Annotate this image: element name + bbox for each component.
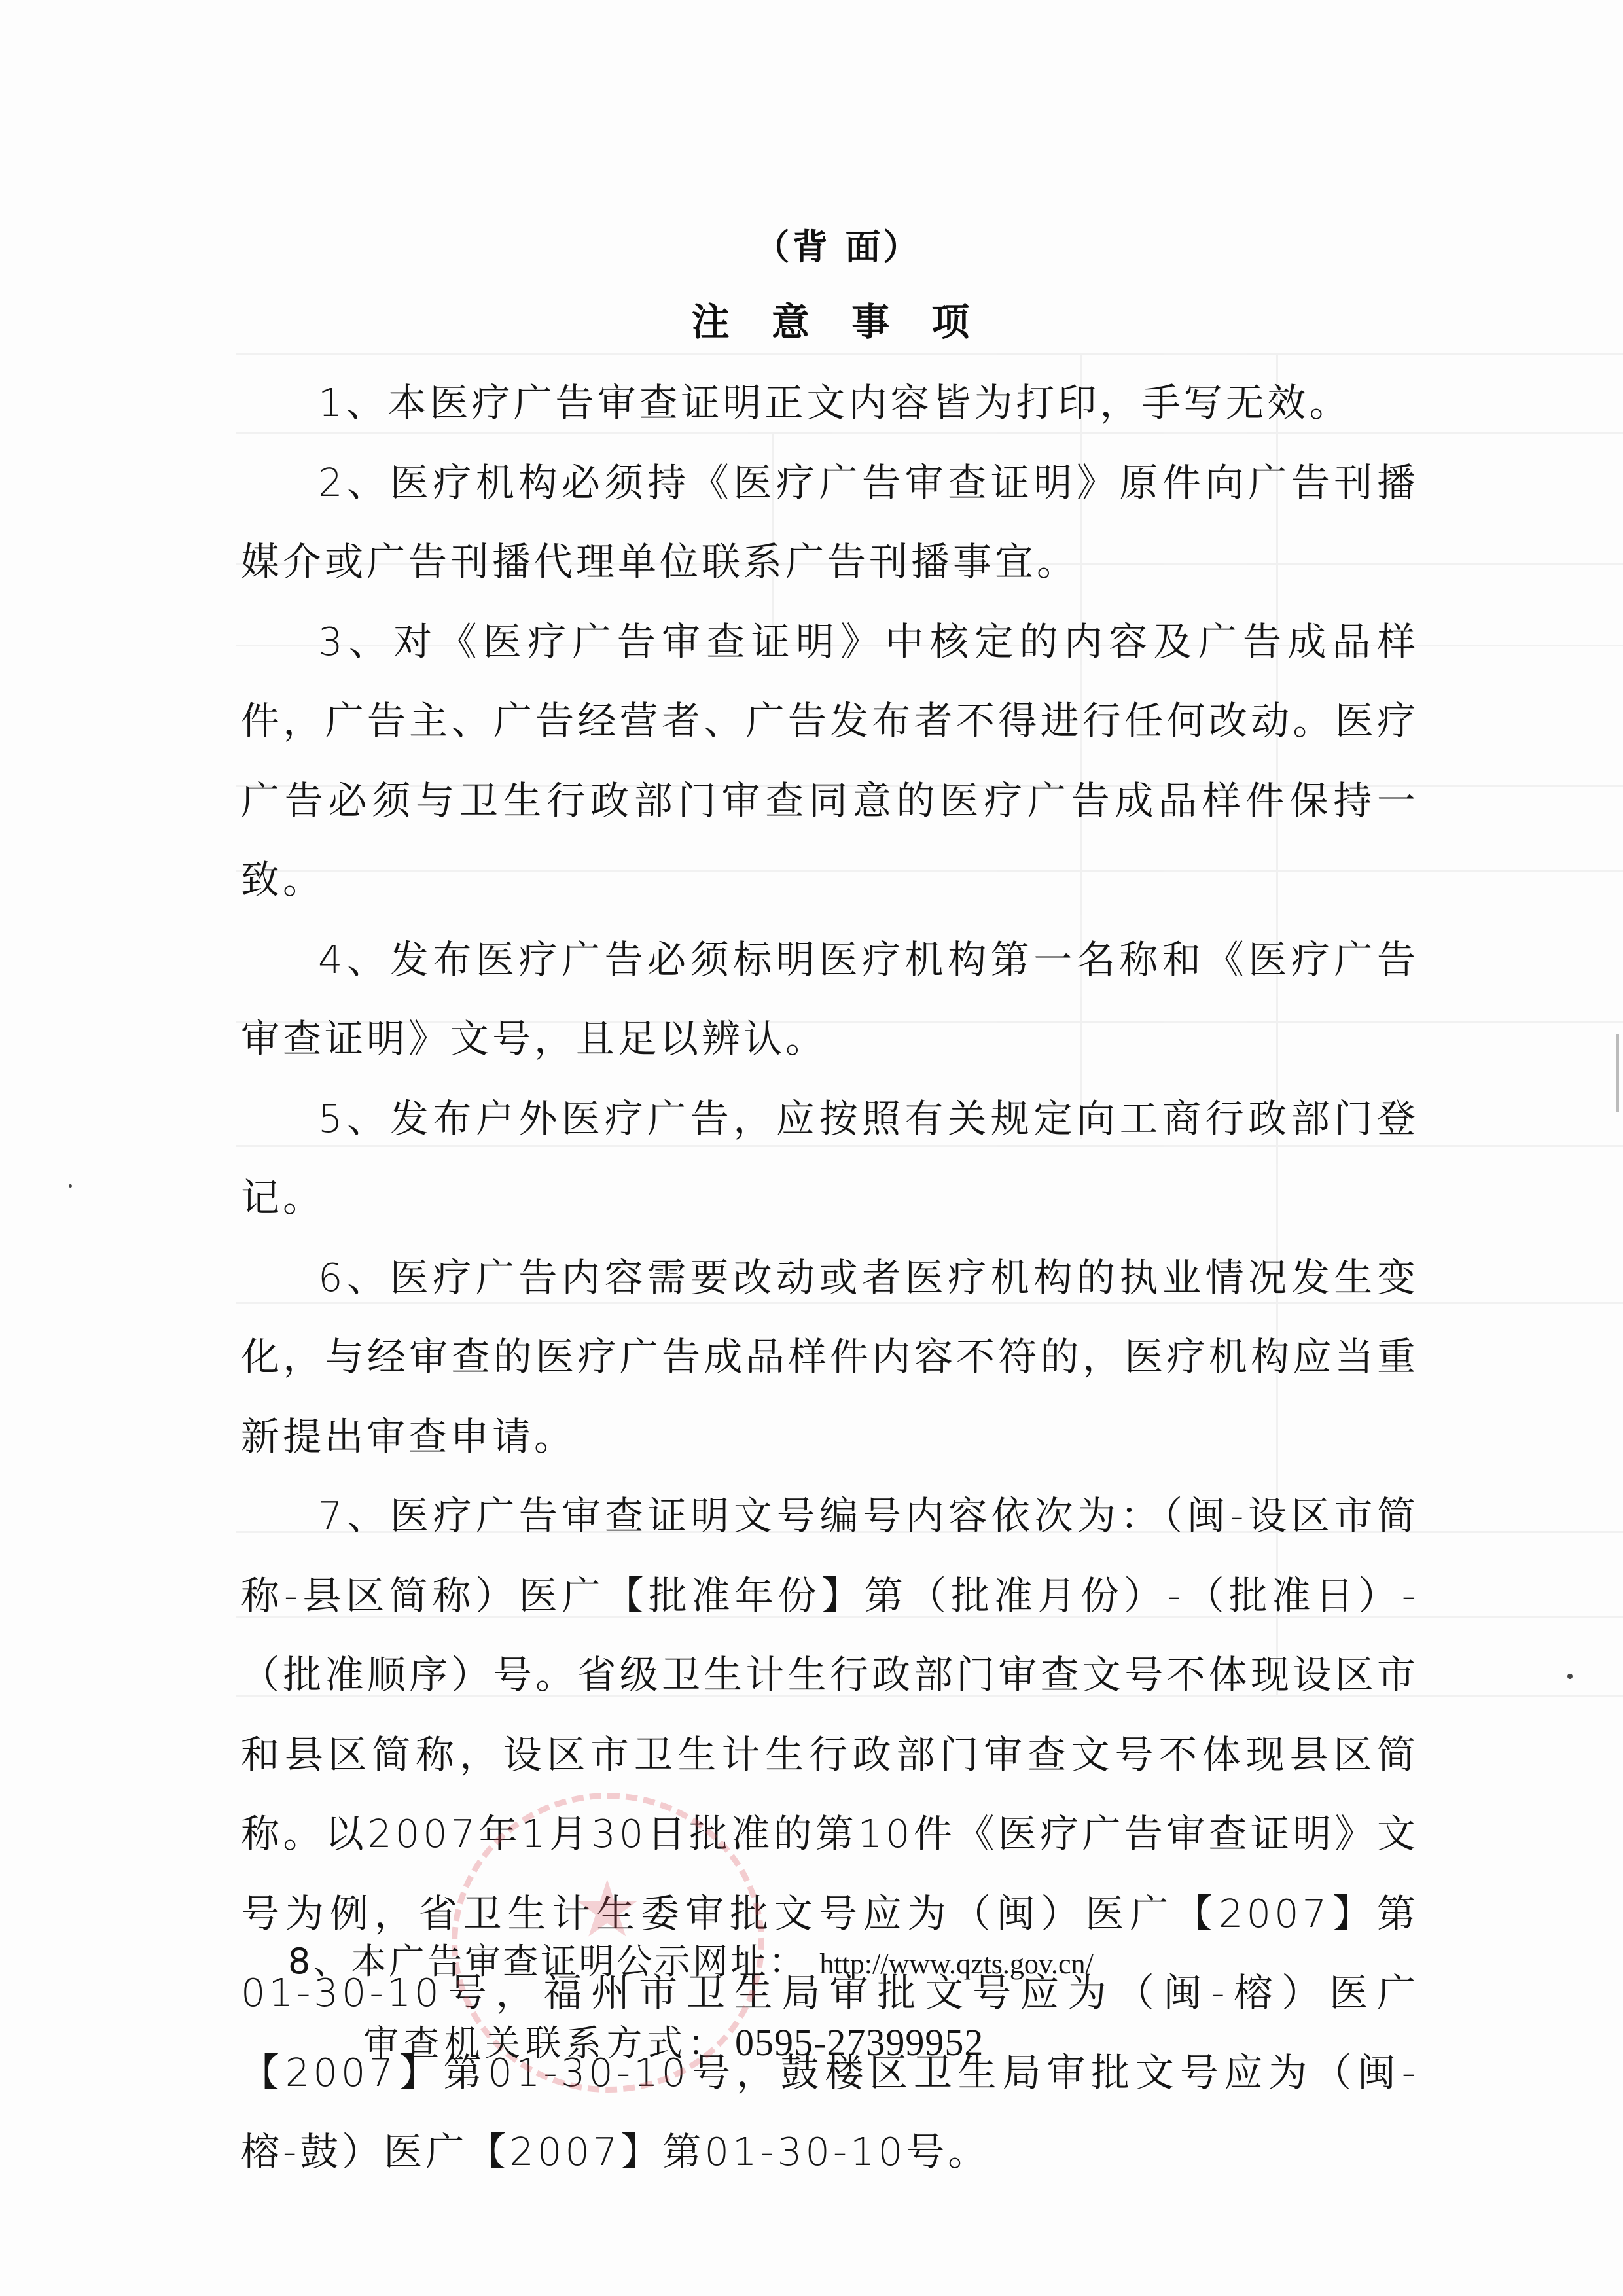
- note-item-1: 1、本医疗广告审查证明正文内容皆为打印，手写无效。: [241, 363, 1419, 443]
- note-item-7: 7、医疗广告审查证明文号编号内容依次为：（闽-设区市简称-县区简称）医广【批准年…: [241, 1476, 1419, 2192]
- note-item-8: 8、本广告审查证明公示网址：http://www.qzts.gov.cn/: [288, 1934, 1094, 1984]
- note-item-5: 5、发布户外医疗广告，应按照有关规定向工商行政部门登记。: [241, 1079, 1419, 1238]
- contact-phone: 0595-27399952: [735, 2021, 984, 2064]
- scan-speck: [69, 1184, 72, 1188]
- scan-edge-mark: [1616, 1034, 1619, 1112]
- contact-label: 审查机关联系方式：: [363, 2022, 728, 2064]
- url-label: 8、本广告审查证明公示网址：: [288, 1941, 806, 1982]
- page-title: 注 意 事 项: [26, 291, 1623, 346]
- note-item-2: 2、医疗机构必须持《医疗广告审查证明》原件向广告刊播媒介或广告刊播代理单位联系广…: [241, 443, 1419, 602]
- public-url-link[interactable]: http://www.qzts.gov.cn/: [819, 1948, 1093, 1980]
- side-label: （背 面）: [26, 219, 1623, 270]
- contact-info: 审查机关联系方式：0595-27399952: [363, 2015, 984, 2066]
- note-item-4: 4、发布医疗广告必须标明医疗机构第一名称和《医疗广告审查证明》文号，且足以辨认。: [241, 920, 1419, 1079]
- notes-list: 1、本医疗广告审查证明正文内容皆为打印，手写无效。 2、医疗机构必须持《医疗广告…: [241, 363, 1419, 2192]
- note-item-6: 6、医疗广告内容需要改动或者医疗机构的执业情况发生变化，与经审查的医疗广告成品样…: [241, 1238, 1419, 1477]
- note-item-3: 3、对《医疗广告审查证明》中核定的内容及广告成品样件，广告主、广告经营者、广告发…: [241, 602, 1419, 920]
- scan-speck: [1567, 1674, 1573, 1679]
